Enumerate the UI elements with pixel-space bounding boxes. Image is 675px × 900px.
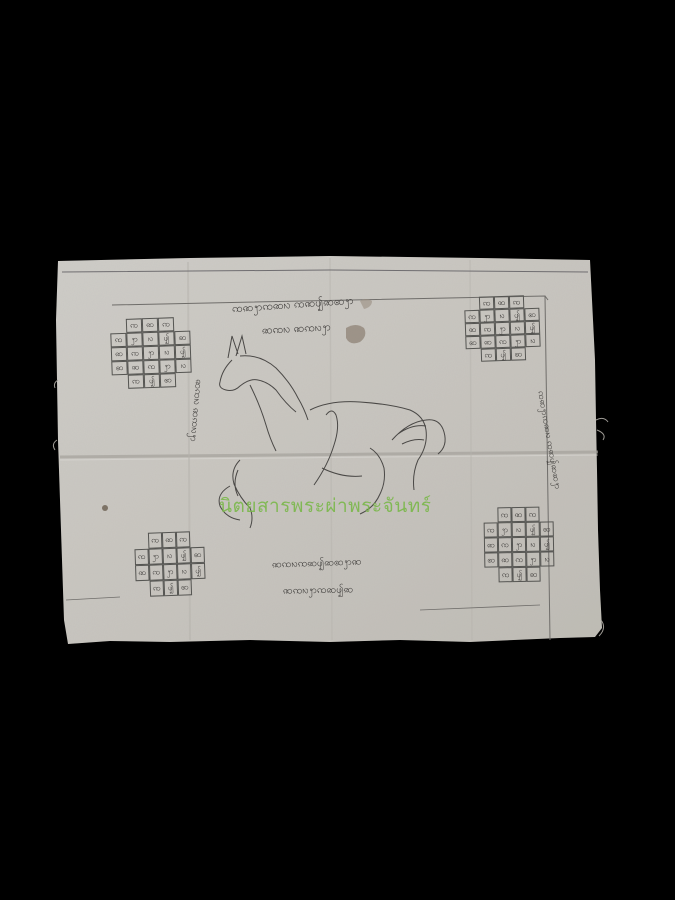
yantra-cell [190, 531, 205, 547]
yantra-cell: ꩭ [498, 522, 512, 537]
yantra-cell: ꩭ [159, 359, 175, 374]
yantra-cell: ꩧ [160, 373, 176, 388]
yantra-cell: ꩴ [164, 580, 179, 596]
yantra-grid-bottom-right: ꩡꩣꩡꩡꩭꩳꩴꩧꩣꩡꩭꩳꩴꩧꩣꩡꩭꩳꩡꩴꩧ [483, 506, 554, 582]
yantra-cell: ꩴ [526, 522, 540, 537]
yantra-cell: ꩡ [480, 322, 495, 336]
yantra-cell: ꩳ [526, 537, 540, 552]
yantra-cell: ꩴ [540, 536, 554, 551]
yantra-cell [466, 349, 481, 363]
yantra-cell: ꩳ [540, 551, 554, 566]
yantra-cell: ꩭ [148, 548, 163, 564]
yantra-cell: ꩣ [494, 296, 509, 310]
yantra-cell: ꩡ [495, 335, 510, 349]
yantra-cell: ꩡ [158, 317, 174, 332]
yantra-cell [192, 579, 207, 595]
yantra-cell: ꩣ [111, 347, 127, 362]
yantra-cell: ꩴ [144, 374, 160, 389]
yantra-cell: ꩡ [128, 374, 144, 389]
yantra-cell: ꩧ [526, 567, 540, 582]
yantra-cell: ꩧ [511, 347, 526, 361]
yantra-cell: ꩡ [126, 318, 142, 333]
yantra-cell: ꩣ [127, 360, 143, 375]
yantra-cell: ꩣ [511, 507, 525, 522]
yantra-cell [174, 317, 190, 332]
yantra-cell: ꩡ [512, 552, 526, 567]
yantra-cell [112, 375, 128, 390]
yantra-cell [483, 507, 497, 522]
yantra-cell [526, 347, 541, 361]
yantra-cell: ꩡ [509, 295, 524, 309]
yantra-cell: ꩴ [512, 567, 526, 582]
yantra-cell [176, 373, 192, 388]
yantra-cell [484, 567, 498, 582]
yantra-cell: ꩣ [498, 552, 512, 567]
yantra-cell: ꩭ [126, 332, 142, 347]
photo-background [0, 0, 675, 900]
yantra-cell: ꩡ [479, 296, 494, 310]
yantra-cell: ꩧ [190, 547, 205, 563]
yantra-cell: ꩡ [525, 507, 539, 522]
yantra-cell: ꩡ [134, 549, 149, 565]
yantra-cell: ꩡ [484, 522, 498, 537]
yantra-cell: ꩧ [484, 552, 498, 567]
yantra-cell: ꩡ [150, 580, 165, 596]
yantra-cell: ꩧ [540, 521, 554, 536]
yantra-cell: ꩧ [111, 361, 127, 376]
yantra-cell: ꩡ [498, 537, 512, 552]
yantra-cell: ꩡ [149, 564, 164, 580]
yantra-cell: ꩭ [495, 322, 510, 336]
yantra-cell: ꩳ [512, 522, 526, 537]
yantra-cell [110, 319, 126, 334]
yantra-cell: ꩴ [176, 547, 191, 563]
yantra-cell: ꩧ [174, 331, 190, 346]
watermark-text: นิตยสารพระผ่าพระจันทร์ [219, 491, 459, 521]
yantra-cell: ꩣ [484, 537, 498, 552]
yantra-cell: ꩳ [162, 548, 177, 564]
yantra-grid-bottom-left: ꩡꩣꩡꩡꩭꩳꩴꩧꩣꩡꩭꩳꩴꩡꩴꩧ [134, 531, 206, 597]
yantra-cell: ꩡ [110, 333, 126, 348]
yantra-cell: ꩭ [510, 334, 525, 348]
yantra-cell: ꩳ [510, 321, 525, 335]
yantra-cell: ꩡ [148, 532, 163, 548]
yantra-cell [136, 581, 151, 597]
yantra-cell [464, 297, 479, 311]
yantra-cell: ꩴ [509, 308, 524, 322]
yantra-cell: ꩳ [159, 345, 175, 360]
yantra-cell: ꩣ [480, 335, 495, 349]
incantation-bottom-line-1: ꩣꩡꩳꩡꩣꩴꩣꩧꩭꩣ [272, 554, 362, 572]
incantation-bottom-line-2: ꩣꩡꩳꩭꩡꩣꩴꩣ [283, 582, 353, 598]
yantra-cell [539, 506, 553, 521]
yantra-cell: ꩧ [465, 336, 480, 350]
yantra-cell: ꩧ [178, 579, 193, 595]
yantra-cell: ꩭ [163, 564, 178, 580]
cloth [0, 0, 675, 900]
yantra-cell: ꩣ [135, 565, 150, 581]
yantra-cell: ꩡ [176, 531, 191, 547]
yantra-cell: ꩡ [464, 310, 479, 324]
yantra-cell: ꩡ [481, 348, 496, 362]
yantra-cell: ꩭ [526, 552, 540, 567]
yantra-cell: ꩳ [525, 334, 540, 348]
yantra-cell: ꩡ [127, 346, 143, 361]
yantra-cell: ꩣ [162, 532, 177, 548]
yantra-cell: ꩭ [479, 309, 494, 323]
yantra-cell: ꩴ [175, 345, 191, 360]
yantra-cell [524, 295, 539, 309]
yantra-cell: ꩳ [177, 563, 192, 579]
yantra-cell [540, 566, 554, 581]
yantra-cell: ꩴ [158, 331, 174, 346]
yantra-cell: ꩴ [191, 563, 206, 579]
yantra-cell: ꩳ [175, 359, 191, 374]
yantra-cell: ꩡ [498, 567, 512, 582]
yantra-grid-top-right: ꩡꩣꩡꩡꩭꩳꩴꩧꩣꩡꩭꩳꩴꩧꩣꩡꩭꩳꩡꩴꩧ [464, 295, 541, 363]
yantra-cell: ꩭ [512, 537, 526, 552]
yantra-cell: ꩳ [494, 309, 509, 323]
yantra-cell: ꩡ [497, 507, 511, 522]
yantra-cell: ꩭ [143, 346, 159, 361]
yantra-cell: ꩧ [524, 308, 539, 322]
yantra-cell: ꩴ [525, 321, 540, 335]
yantra-cell: ꩣ [465, 323, 480, 337]
yantra-cell: ꩴ [496, 348, 511, 362]
yantra-cell: ꩡ [143, 360, 159, 375]
yantra-cell [134, 533, 149, 549]
yantra-cell: ꩣ [142, 318, 158, 333]
yantra-grid-top-left: ꩡꩣꩡꩡꩭꩳꩴꩧꩣꩡꩭꩳꩴꩧꩣꩡꩭꩳꩡꩴꩧ [110, 317, 192, 390]
yantra-cell: ꩳ [142, 332, 158, 347]
